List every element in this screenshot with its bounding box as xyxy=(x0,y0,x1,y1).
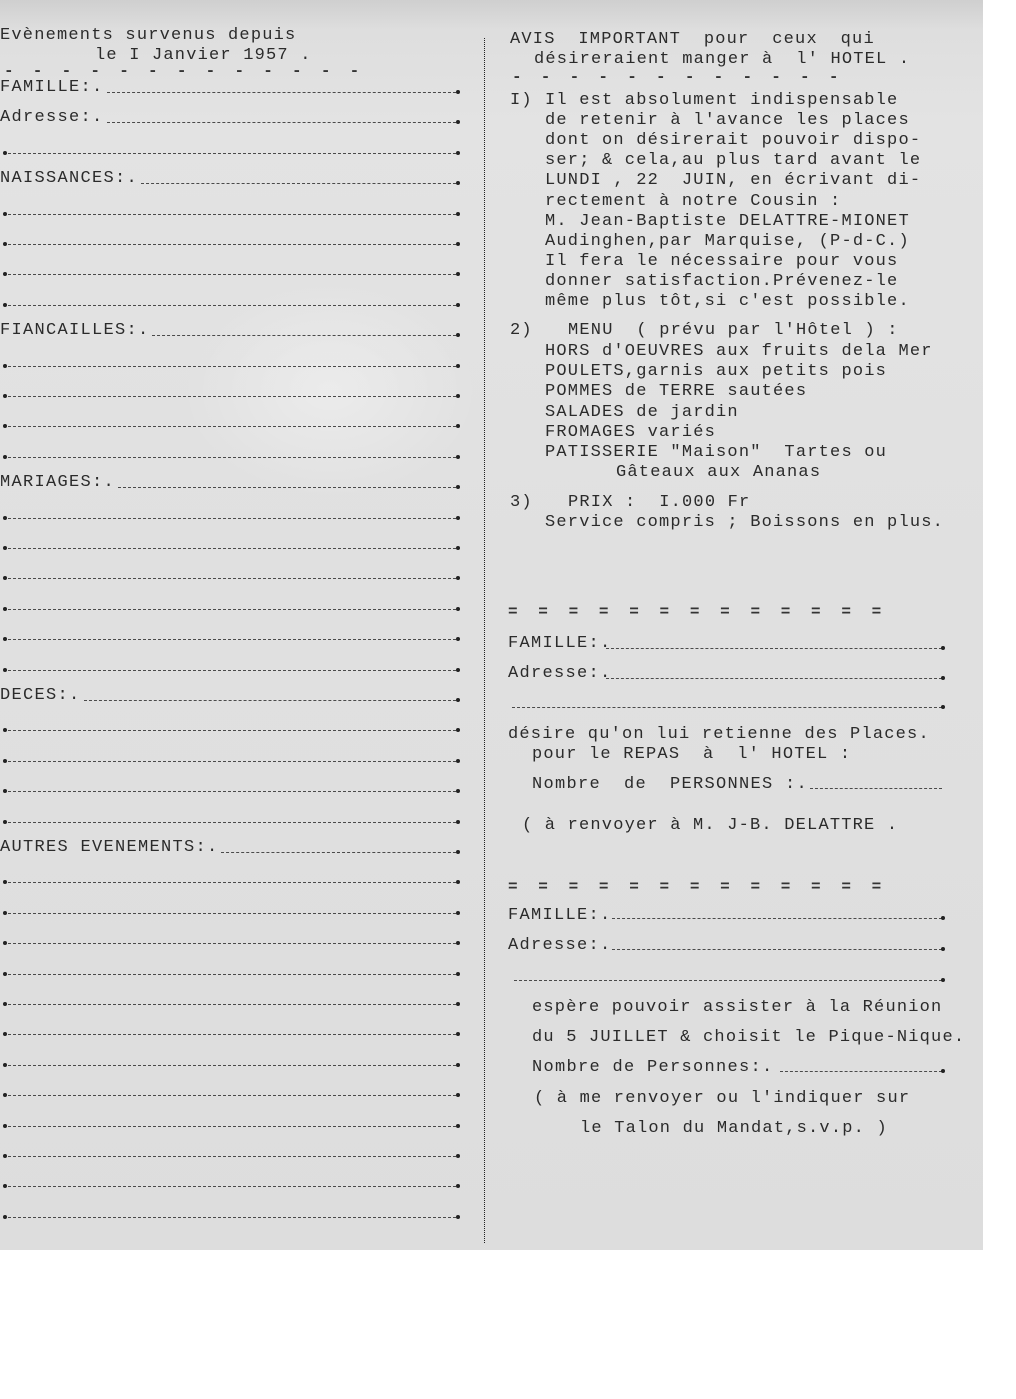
line-start-dot xyxy=(3,759,7,763)
section-field-line[interactable] xyxy=(8,609,456,610)
form2-count-end-dot xyxy=(941,1069,945,1073)
section-field-line[interactable] xyxy=(8,426,456,427)
line-end-dot xyxy=(456,850,460,854)
line-start-dot xyxy=(3,1154,7,1158)
line-end-dot xyxy=(456,546,460,550)
section-field-line[interactable] xyxy=(8,1217,456,1218)
section-field-2[interactable] xyxy=(141,183,456,184)
form1-adresse-end-dot xyxy=(941,676,945,680)
item1-line: de retenir à l'avance les places xyxy=(545,111,910,131)
line-start-dot xyxy=(3,546,7,550)
section-field-line[interactable] xyxy=(8,214,456,215)
form1-count-field[interactable] xyxy=(810,788,942,789)
form2-hope-line2: du 5 JUILLET & choisit le Pique-Nique. xyxy=(532,1028,965,1048)
price-note: Service compris ; Boissons en plus. xyxy=(545,513,944,533)
section-label-5: DECES:. xyxy=(0,686,81,705)
line-start-dot xyxy=(3,1215,7,1219)
line-end-dot xyxy=(456,516,460,520)
line-end-dot xyxy=(456,364,460,368)
section-field-line[interactable] xyxy=(8,1004,456,1005)
section-field-line[interactable] xyxy=(8,366,456,367)
item1-line: ser; & cela,au plus tard avant le xyxy=(545,151,921,171)
line-end-dot xyxy=(456,303,460,307)
line-start-dot xyxy=(3,303,7,307)
form2-adresse-field-2[interactable] xyxy=(514,980,942,981)
price-title: PRIX : I.000 Fr xyxy=(568,493,750,513)
section-field-line[interactable] xyxy=(8,1034,456,1035)
item2-number: 2) xyxy=(510,321,533,341)
section-field-line[interactable] xyxy=(8,882,456,883)
section-field-line[interactable] xyxy=(8,244,456,245)
section-label-2: NAISSANCES:. xyxy=(0,169,138,188)
section-label-3: FIANCAILLES:. xyxy=(0,321,150,340)
form2-count-field[interactable] xyxy=(780,1071,942,1072)
form2-hope-line1: espère pouvoir assister à la Réunion xyxy=(532,998,942,1018)
section-field-line[interactable] xyxy=(8,791,456,792)
column-divider xyxy=(484,38,485,1243)
form2-adresse-label: Adresse:. xyxy=(508,936,612,955)
notice-separator: - - - - - - - - - - - - xyxy=(512,68,838,86)
menu-item: HORS d'OEUVRES aux fruits dela Mer xyxy=(545,342,933,362)
line-start-dot xyxy=(3,516,7,520)
left-heading-line1: Evènements survenus depuis xyxy=(0,26,296,46)
line-start-dot xyxy=(3,972,7,976)
item1-line: dont on désirerait pouvoir dispo- xyxy=(545,131,921,151)
item1-line: Il est absolument indispensable xyxy=(545,91,898,111)
section-field-line[interactable] xyxy=(8,913,456,914)
menu-item: FROMAGES variés xyxy=(545,423,716,443)
line-start-dot xyxy=(3,911,7,915)
line-start-dot xyxy=(3,364,7,368)
line-start-dot xyxy=(3,455,7,459)
line-end-dot xyxy=(456,972,460,976)
section-field-line[interactable] xyxy=(8,974,456,975)
item1-number: I) xyxy=(510,91,533,111)
form1-adresse-label: Adresse:. xyxy=(508,664,612,683)
section-field-line[interactable] xyxy=(8,822,456,823)
section-field-3[interactable] xyxy=(152,335,456,336)
line-start-dot xyxy=(3,820,7,824)
item1-line: Il fera le nécessaire pour vous xyxy=(545,252,898,272)
item1-line: même plus tôt,si c'est possible. xyxy=(545,292,910,312)
line-start-dot xyxy=(3,1124,7,1128)
line-end-dot xyxy=(456,1124,460,1128)
line-start-dot xyxy=(3,394,7,398)
form1-adresse-field[interactable] xyxy=(606,678,942,679)
section-field-line[interactable] xyxy=(8,1186,456,1187)
form2-famille-end-dot xyxy=(941,916,945,920)
section-field-line[interactable] xyxy=(8,943,456,944)
section-field-line[interactable] xyxy=(8,670,456,671)
section-field-line[interactable] xyxy=(8,153,456,154)
section-field-line[interactable] xyxy=(8,1065,456,1066)
line-end-dot xyxy=(456,212,460,216)
form1-request-line2: pour le REPAS à l' HOTEL : xyxy=(532,745,851,765)
item1-line: Audinghen,par Marquise, (P-d-C.) xyxy=(545,232,910,252)
line-start-dot xyxy=(3,1002,7,1006)
menu-item: SALADES de jardin xyxy=(545,403,739,423)
line-start-dot xyxy=(3,1063,7,1067)
section-field-5[interactable] xyxy=(84,700,456,701)
section-field-line[interactable] xyxy=(8,730,456,731)
section-field-line[interactable] xyxy=(8,305,456,306)
line-end-dot xyxy=(456,1002,460,1006)
form2-famille-field[interactable] xyxy=(612,918,942,919)
line-start-dot xyxy=(3,242,7,246)
line-start-dot xyxy=(3,151,7,155)
form2-adresse-field[interactable] xyxy=(612,949,942,950)
section-field-4[interactable] xyxy=(118,487,456,488)
form1-famille-label: FAMILLE:. xyxy=(508,634,612,653)
form1-return-note: ( à renvoyer à M. J-B. DELATTRE . xyxy=(522,816,898,836)
line-end-dot xyxy=(456,242,460,246)
section-field-line[interactable] xyxy=(8,396,456,397)
form1-separator: = = = = = = = = = = = = = xyxy=(508,603,882,621)
notice-title-line2: désireraient manger à l' HOTEL . xyxy=(534,50,910,70)
line-end-dot xyxy=(456,394,460,398)
section-field-6[interactable] xyxy=(221,852,456,853)
form2-separator: = = = = = = = = = = = = = xyxy=(508,878,882,896)
section-label-4: MARIAGES:. xyxy=(0,473,115,492)
line-end-dot xyxy=(456,911,460,915)
section-field-0[interactable] xyxy=(107,92,456,93)
line-start-dot xyxy=(3,607,7,611)
line-end-dot xyxy=(456,820,460,824)
form2-return-line2: le Talon du Mandat,s.v.p. ) xyxy=(580,1119,888,1139)
form1-count-label: Nombre de PERSONNES :. xyxy=(532,775,808,794)
section-field-line[interactable] xyxy=(8,274,456,275)
section-field-line[interactable] xyxy=(8,639,456,640)
line-end-dot xyxy=(456,1154,460,1158)
line-end-dot xyxy=(456,698,460,702)
line-end-dot xyxy=(456,1215,460,1219)
section-field-line[interactable] xyxy=(8,1156,456,1157)
section-field-line[interactable] xyxy=(8,518,456,519)
line-end-dot xyxy=(456,455,460,459)
section-field-line[interactable] xyxy=(8,761,456,762)
line-start-dot xyxy=(3,668,7,672)
menu-item: PATISSERIE "Maison" Tartes ou xyxy=(545,443,887,463)
item1-line: rectement à notre Cousin : xyxy=(545,192,841,212)
form1-adresse2-end-dot xyxy=(941,705,945,709)
form2-count-label: Nombre de Personnes:. xyxy=(532,1058,774,1077)
line-end-dot xyxy=(456,151,460,155)
section-field-1[interactable] xyxy=(107,122,456,123)
item1-line: M. Jean-Baptiste DELATTRE-MIONET xyxy=(545,212,910,232)
section-label-6: AUTRES EVENEMENTS:. xyxy=(0,838,219,857)
menu-title: MENU ( prévu par l'Hôtel ) : xyxy=(568,321,899,341)
section-label-1: Adresse:. xyxy=(0,108,104,127)
line-end-dot xyxy=(456,90,460,94)
section-field-line[interactable] xyxy=(8,457,456,458)
line-end-dot xyxy=(456,759,460,763)
menu-item: POULETS,garnis aux petits pois xyxy=(545,362,887,382)
section-field-line[interactable] xyxy=(8,548,456,549)
item3-number: 3) xyxy=(510,493,533,513)
line-start-dot xyxy=(3,212,7,216)
section-label-0: FAMILLE:. xyxy=(0,78,104,97)
section-field-line[interactable] xyxy=(8,1126,456,1127)
form1-request-line1: désire qu'on lui retienne des Places. xyxy=(508,725,930,745)
line-end-dot xyxy=(456,1063,460,1067)
form1-famille-end-dot xyxy=(941,646,945,650)
form2-adresse-end-dot xyxy=(941,947,945,951)
line-end-dot xyxy=(456,607,460,611)
item1-line: LUNDI , 22 JUIN, en écrivant di- xyxy=(545,171,921,191)
form1-famille-field[interactable] xyxy=(606,648,942,649)
notice-title-line1: AVIS IMPORTANT pour ceux qui xyxy=(510,30,875,50)
menu-last-line: Gâteaux aux Ananas xyxy=(616,463,821,483)
item1-line: donner satisfaction.Prévenez-le xyxy=(545,272,898,292)
form2-return-line1: ( à me renvoyer ou l'indiquer sur xyxy=(534,1089,910,1109)
form2-famille-label: FAMILLE:. xyxy=(508,906,612,925)
form1-adresse-field-2[interactable] xyxy=(512,707,942,708)
form2-adresse2-end-dot xyxy=(941,978,945,982)
section-field-line[interactable] xyxy=(8,1095,456,1096)
section-field-line[interactable] xyxy=(8,578,456,579)
line-end-dot xyxy=(456,668,460,672)
menu-item: POMMES de TERRE sautées xyxy=(545,382,807,402)
